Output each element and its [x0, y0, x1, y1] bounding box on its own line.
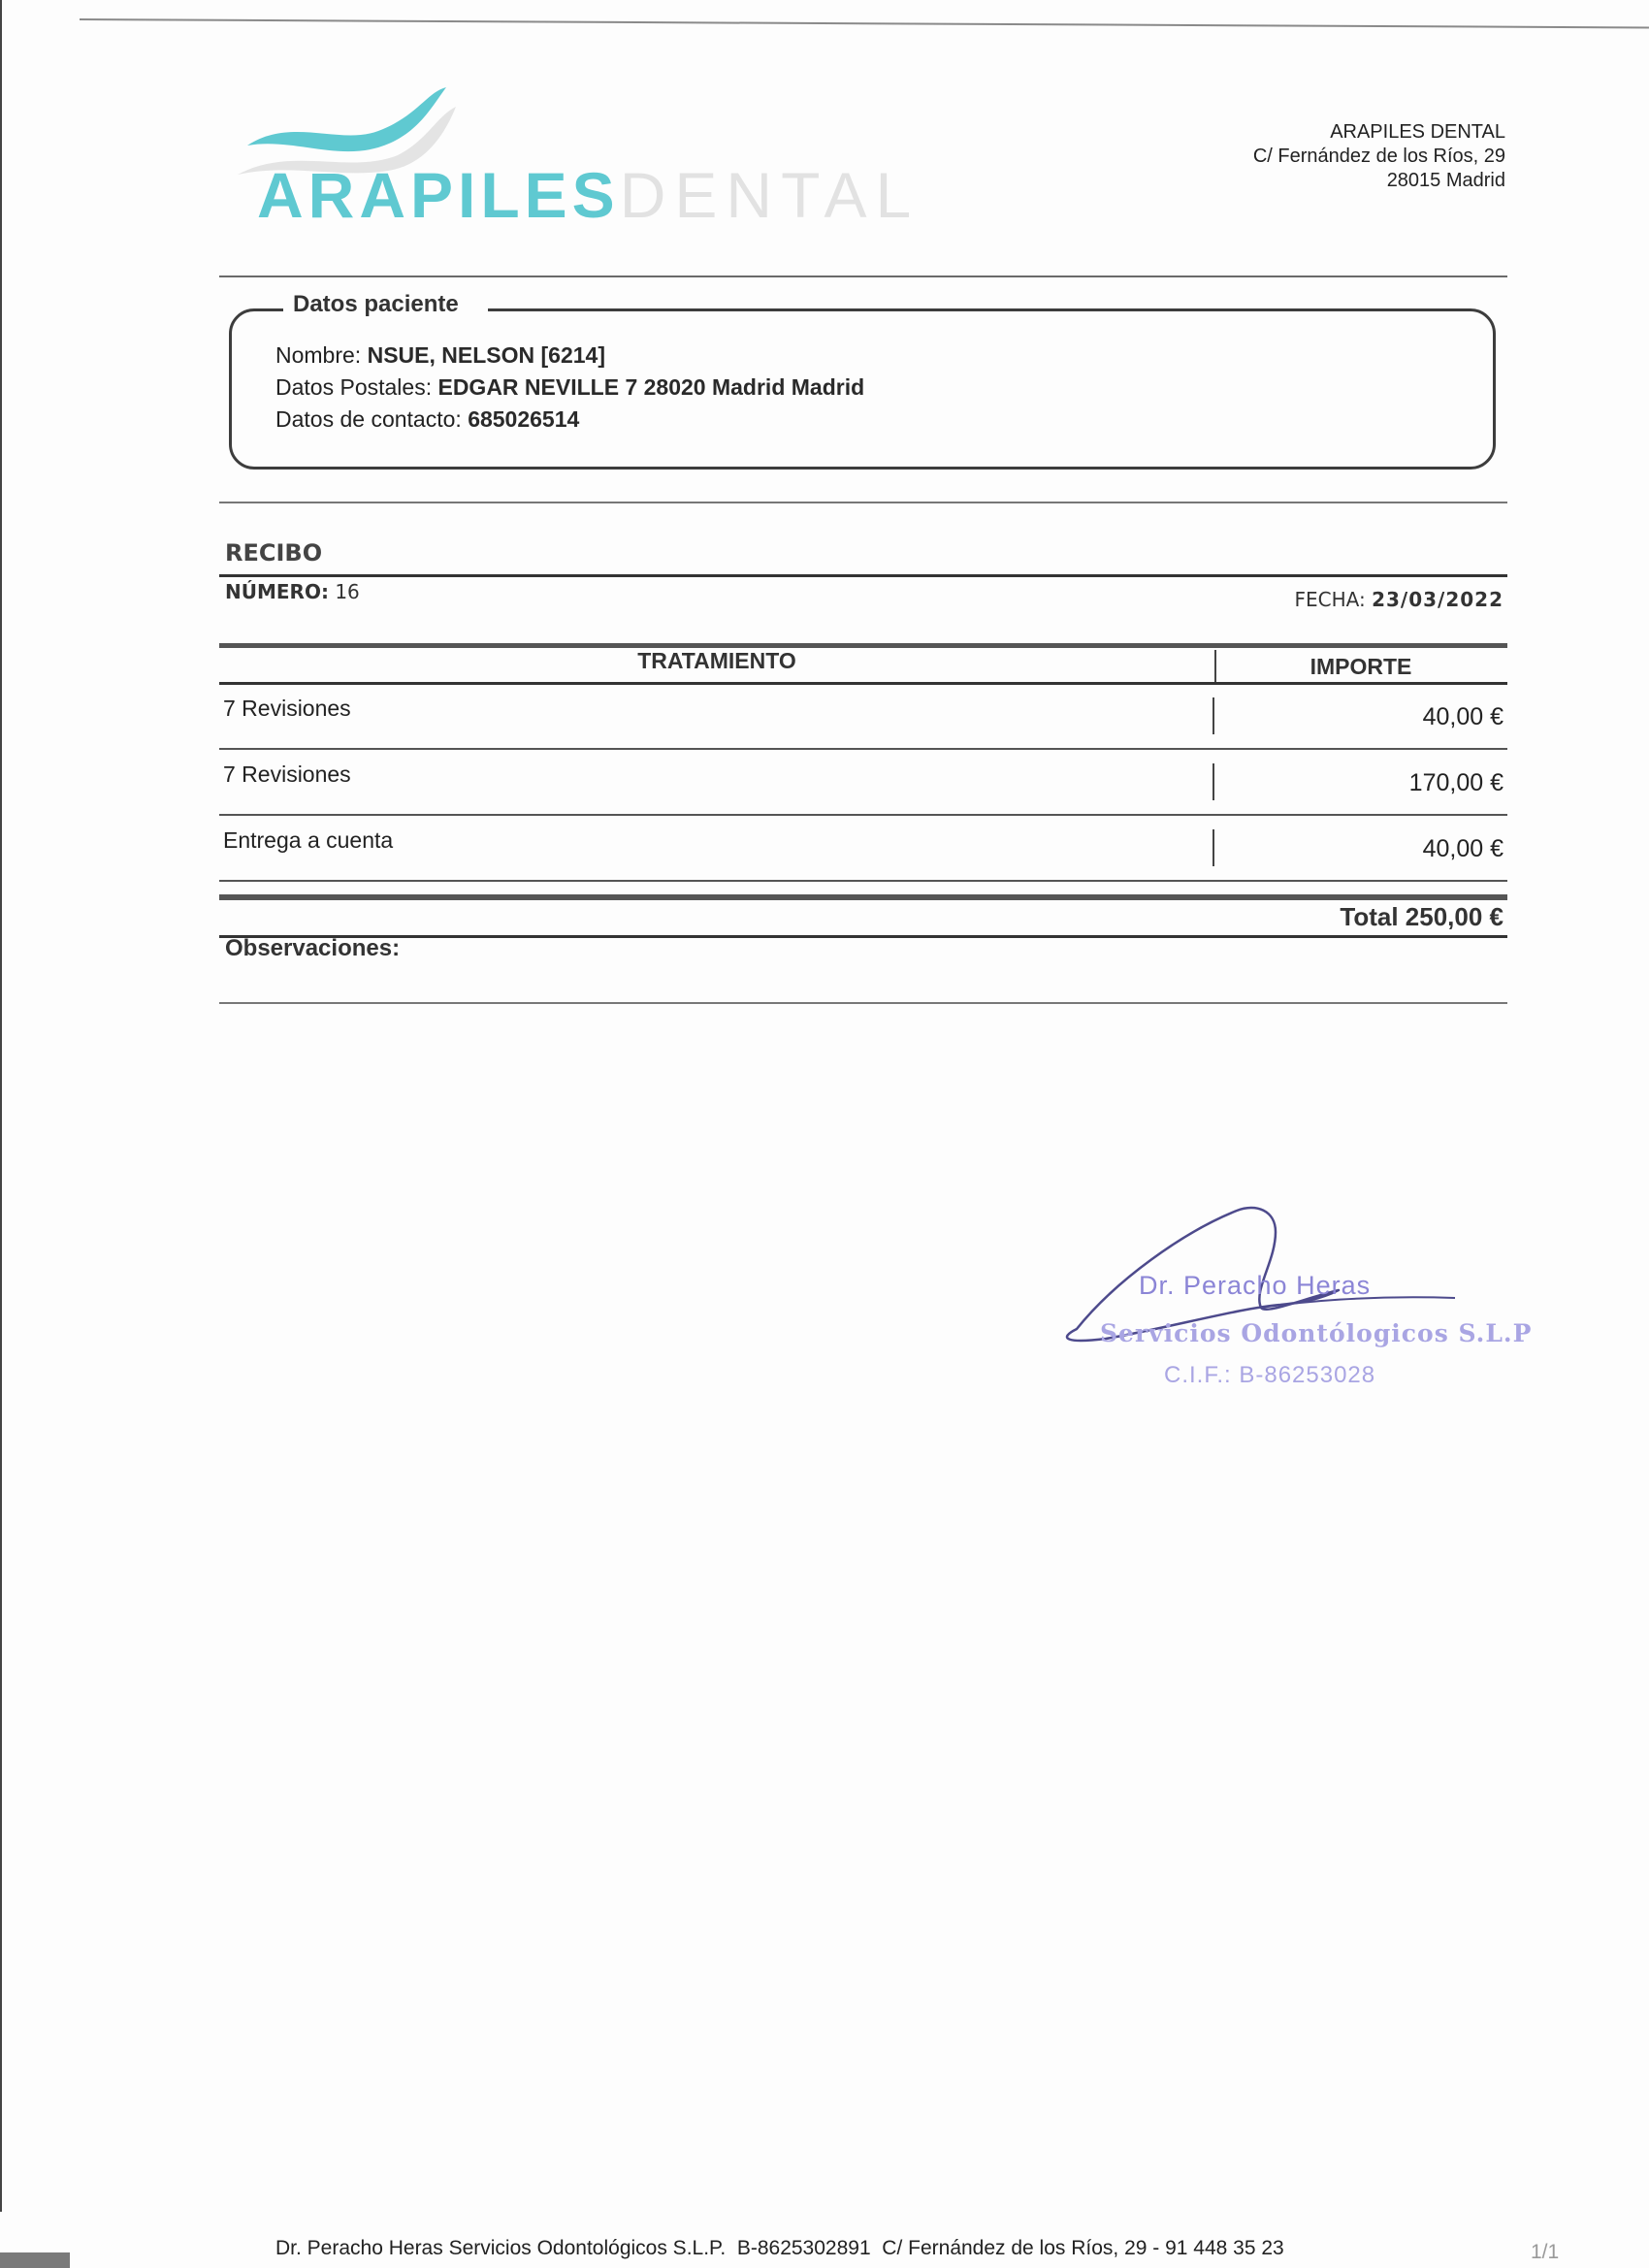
logo-part2: DENTAL: [620, 159, 921, 231]
receipt-date: FECHA: 23/03/2022: [1294, 588, 1503, 611]
patient-contact-label: Datos de contacto:: [275, 406, 462, 432]
column-divider: [1212, 829, 1214, 866]
divider: [219, 502, 1507, 503]
clinic-name: ARAPILES DENTAL: [1253, 120, 1505, 145]
total-rule: [219, 894, 1507, 900]
receipt-date-label: FECHA:: [1294, 588, 1365, 611]
clinic-street: C/ Fernández de los Ríos, 29: [1253, 145, 1505, 169]
amount-cell: 40,00 €: [1423, 703, 1503, 731]
observations-label: Observaciones:: [225, 935, 400, 962]
patient-name-label: Nombre:: [275, 342, 361, 368]
divider: [219, 1002, 1507, 1004]
patient-contact-row: Datos de contacto: 685026514: [275, 404, 864, 436]
total-amount: Total 250,00 €: [1340, 902, 1503, 932]
clinic-city: 28015 Madrid: [1253, 169, 1505, 193]
column-header-treatment: TRATAMIENTO: [219, 648, 1214, 674]
patient-details: Nombre: NSUE, NELSON [6214] Datos Postal…: [275, 340, 864, 436]
receipt-date-value: 23/03/2022: [1372, 588, 1503, 611]
clinic-address: ARAPILES DENTAL C/ Fernández de los Ríos…: [1253, 120, 1505, 193]
row-rule: [219, 880, 1507, 882]
receipt-number: NÚMERO: 16: [225, 580, 360, 603]
divider: [219, 574, 1507, 577]
treatment-cell: 7 Revisiones: [223, 696, 351, 722]
page-number: 1/1: [1531, 2241, 1559, 2264]
patient-section-title: Datos paciente: [283, 291, 488, 318]
scan-edge: [0, 0, 2, 2212]
divider: [219, 275, 1507, 277]
divider: [219, 935, 1507, 938]
patient-name-value: NSUE, NELSON [6214]: [368, 342, 605, 368]
receipt-number-label: NÚMERO:: [225, 580, 329, 603]
table-row: 7 Revisiones 170,00 €: [219, 750, 1507, 816]
footer-text: Dr. Peracho Heras Servicios Odontológico…: [275, 2237, 1284, 2260]
amount-cell: 40,00 €: [1423, 835, 1503, 863]
logo: ARAPILESDENTAL: [257, 163, 920, 227]
scan-corner: [0, 2252, 70, 2268]
amount-cell: 170,00 €: [1409, 769, 1503, 797]
column-divider: [1212, 763, 1214, 800]
patient-postal-row: Datos Postales: EDGAR NEVILLE 7 28020 Ma…: [275, 372, 864, 404]
patient-name-row: Nombre: NSUE, NELSON [6214]: [275, 340, 864, 372]
treatment-cell: Entrega a cuenta: [223, 827, 393, 854]
table-row: Entrega a cuenta 40,00 €: [219, 816, 1507, 882]
patient-postal-value: EDGAR NEVILLE 7 28020 Madrid Madrid: [437, 374, 864, 400]
receipt-title: RECIBO: [225, 539, 322, 567]
scan-top-rule: [80, 18, 1649, 28]
treatment-cell: 7 Revisiones: [223, 761, 351, 788]
stamp-company: Servicios Odontólogicos S.L.P: [1100, 1319, 1532, 1347]
patient-contact-value: 685026514: [468, 406, 579, 432]
stamp-cif: C.I.F.: B-86253028: [1164, 1362, 1375, 1389]
stamp-doctor-name: Dr. Peracho Heras: [1139, 1271, 1371, 1301]
table-row: 7 Revisiones 40,00 €: [219, 684, 1507, 750]
logo-part1: ARAPILES: [257, 159, 620, 231]
receipt-number-value: 16: [335, 580, 359, 603]
column-divider: [1212, 697, 1214, 734]
patient-postal-label: Datos Postales:: [275, 374, 432, 400]
column-header-amount: IMPORTE: [1214, 654, 1507, 680]
